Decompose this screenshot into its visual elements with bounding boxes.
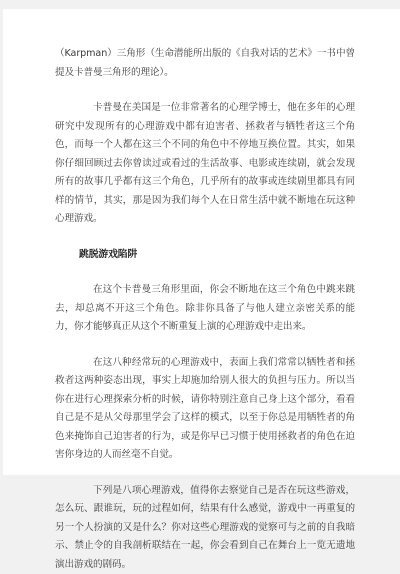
paragraph-escape-trap: 在这个卡普曼三角形里面，你会不断地在这三个角色中跳来跳去，却总离不开这三个角色。… [55, 281, 355, 337]
paragraph-intro-fragment: （Karpman）三角形（生命潜能所出版的《自我对话的艺术》一书中曾提及卡普曼三… [55, 45, 355, 82]
paragraph-gap [55, 465, 355, 476]
paragraph-gap [55, 229, 355, 246]
paragraph-gap [55, 337, 355, 354]
paragraph-gap [55, 264, 355, 281]
paragraph-karpman-description: 卡普曼在美国是一位非常著名的心理学博士，他在多年的心理研究中发现所有的心理游戏中… [55, 99, 355, 229]
paragraph-gap [55, 82, 355, 99]
section-heading: 跳脱游戏陷阱 [55, 246, 355, 265]
paragraph-eight-games: 在这八种经常玩的心理游戏中，表面上我们常常以牺牲者和拯救者这两种姿态出现，事实上… [55, 354, 355, 465]
document-page: （Karpman）三角形（生命潜能所出版的《自我对话的艺术》一书中曾提及卡普曼三… [3, 9, 400, 475]
document-content: （Karpman）三角形（生命潜能所出版的《自我对话的艺术》一书中曾提及卡普曼三… [55, 45, 355, 475]
